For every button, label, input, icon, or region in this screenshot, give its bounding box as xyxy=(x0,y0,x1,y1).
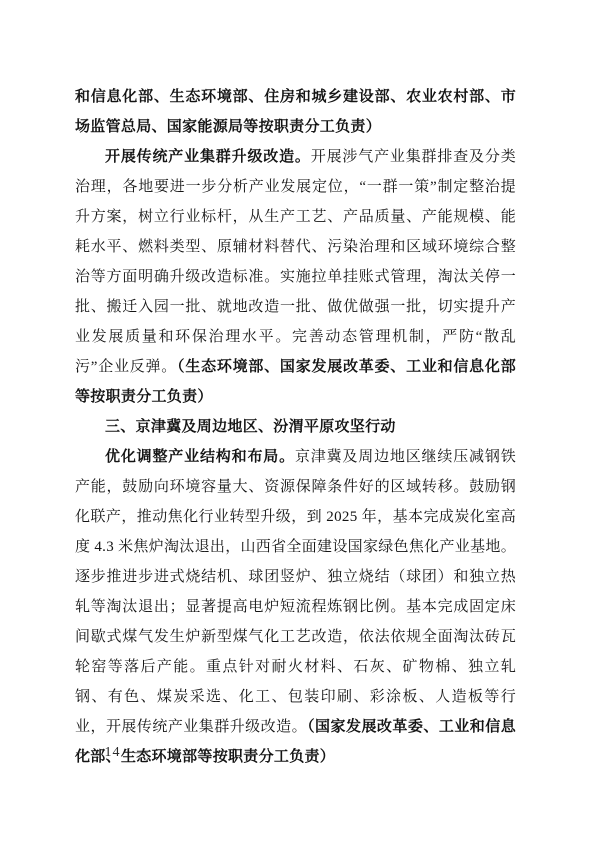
paragraph-responsibility-continuation: 和信息化部、生态环境部、住房和城乡建设部、农业农村部、市场监管总局、国家能源局等… xyxy=(75,82,516,142)
paragraph-body-text: 京津冀及周边地区继续压减钢铁产能，鼓励向环境容量大、资源保障条件好的区域转移。鼓… xyxy=(75,449,516,735)
section-heading: 三、京津冀及周边地区、汾渭平原攻坚行动 xyxy=(75,412,516,442)
paragraph-body-text: 开展涉气产业集群排查及分类治理，各地要进一步分析产业发展定位，“一群一策”制定整… xyxy=(75,149,516,375)
paragraph-lead-bold: 开展传统产业集群升级改造。 xyxy=(105,149,311,165)
document-body: 和信息化部、生态环境部、住房和城乡建设部、农业农村部、市场监管总局、国家能源局等… xyxy=(75,82,516,772)
paragraph-text: 和信息化部、生态环境部、住房和城乡建设部、农业农村部、市场监管总局、国家能源局等… xyxy=(75,89,516,135)
paragraph-lead-bold: 优化调整产业结构和布局。 xyxy=(105,449,295,465)
paragraph-cluster-upgrade: 开展传统产业集群升级改造。开展涉气产业集群排查及分类治理，各地要进一步分析产业发… xyxy=(75,142,516,412)
document-page: 和信息化部、生态环境部、住房和城乡建设部、农业农村部、市场监管总局、国家能源局等… xyxy=(0,0,592,841)
page-number: — 14 — xyxy=(76,744,149,762)
paragraph-structure-optimization: 优化调整产业结构和布局。京津冀及周边地区继续压减钢铁产能，鼓励向环境容量大、资源… xyxy=(75,442,516,772)
